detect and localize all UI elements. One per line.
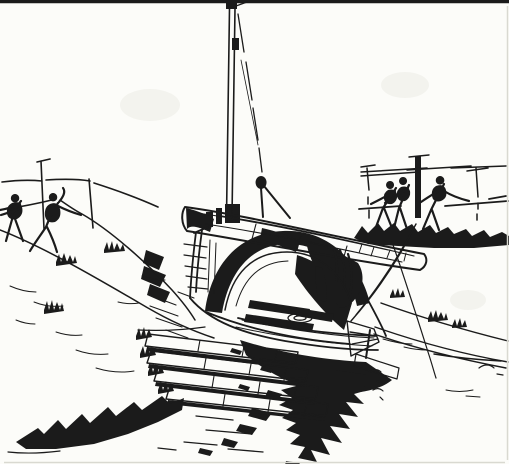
smudge-spot [450, 290, 486, 310]
winch-post [415, 156, 421, 218]
smudge-spot [381, 72, 429, 98]
drawing-canvas [0, 0, 509, 464]
smudge-spot [120, 89, 180, 121]
ink-drawing-boat-haulout [0, 0, 509, 464]
top-border-line [0, 0, 509, 3]
